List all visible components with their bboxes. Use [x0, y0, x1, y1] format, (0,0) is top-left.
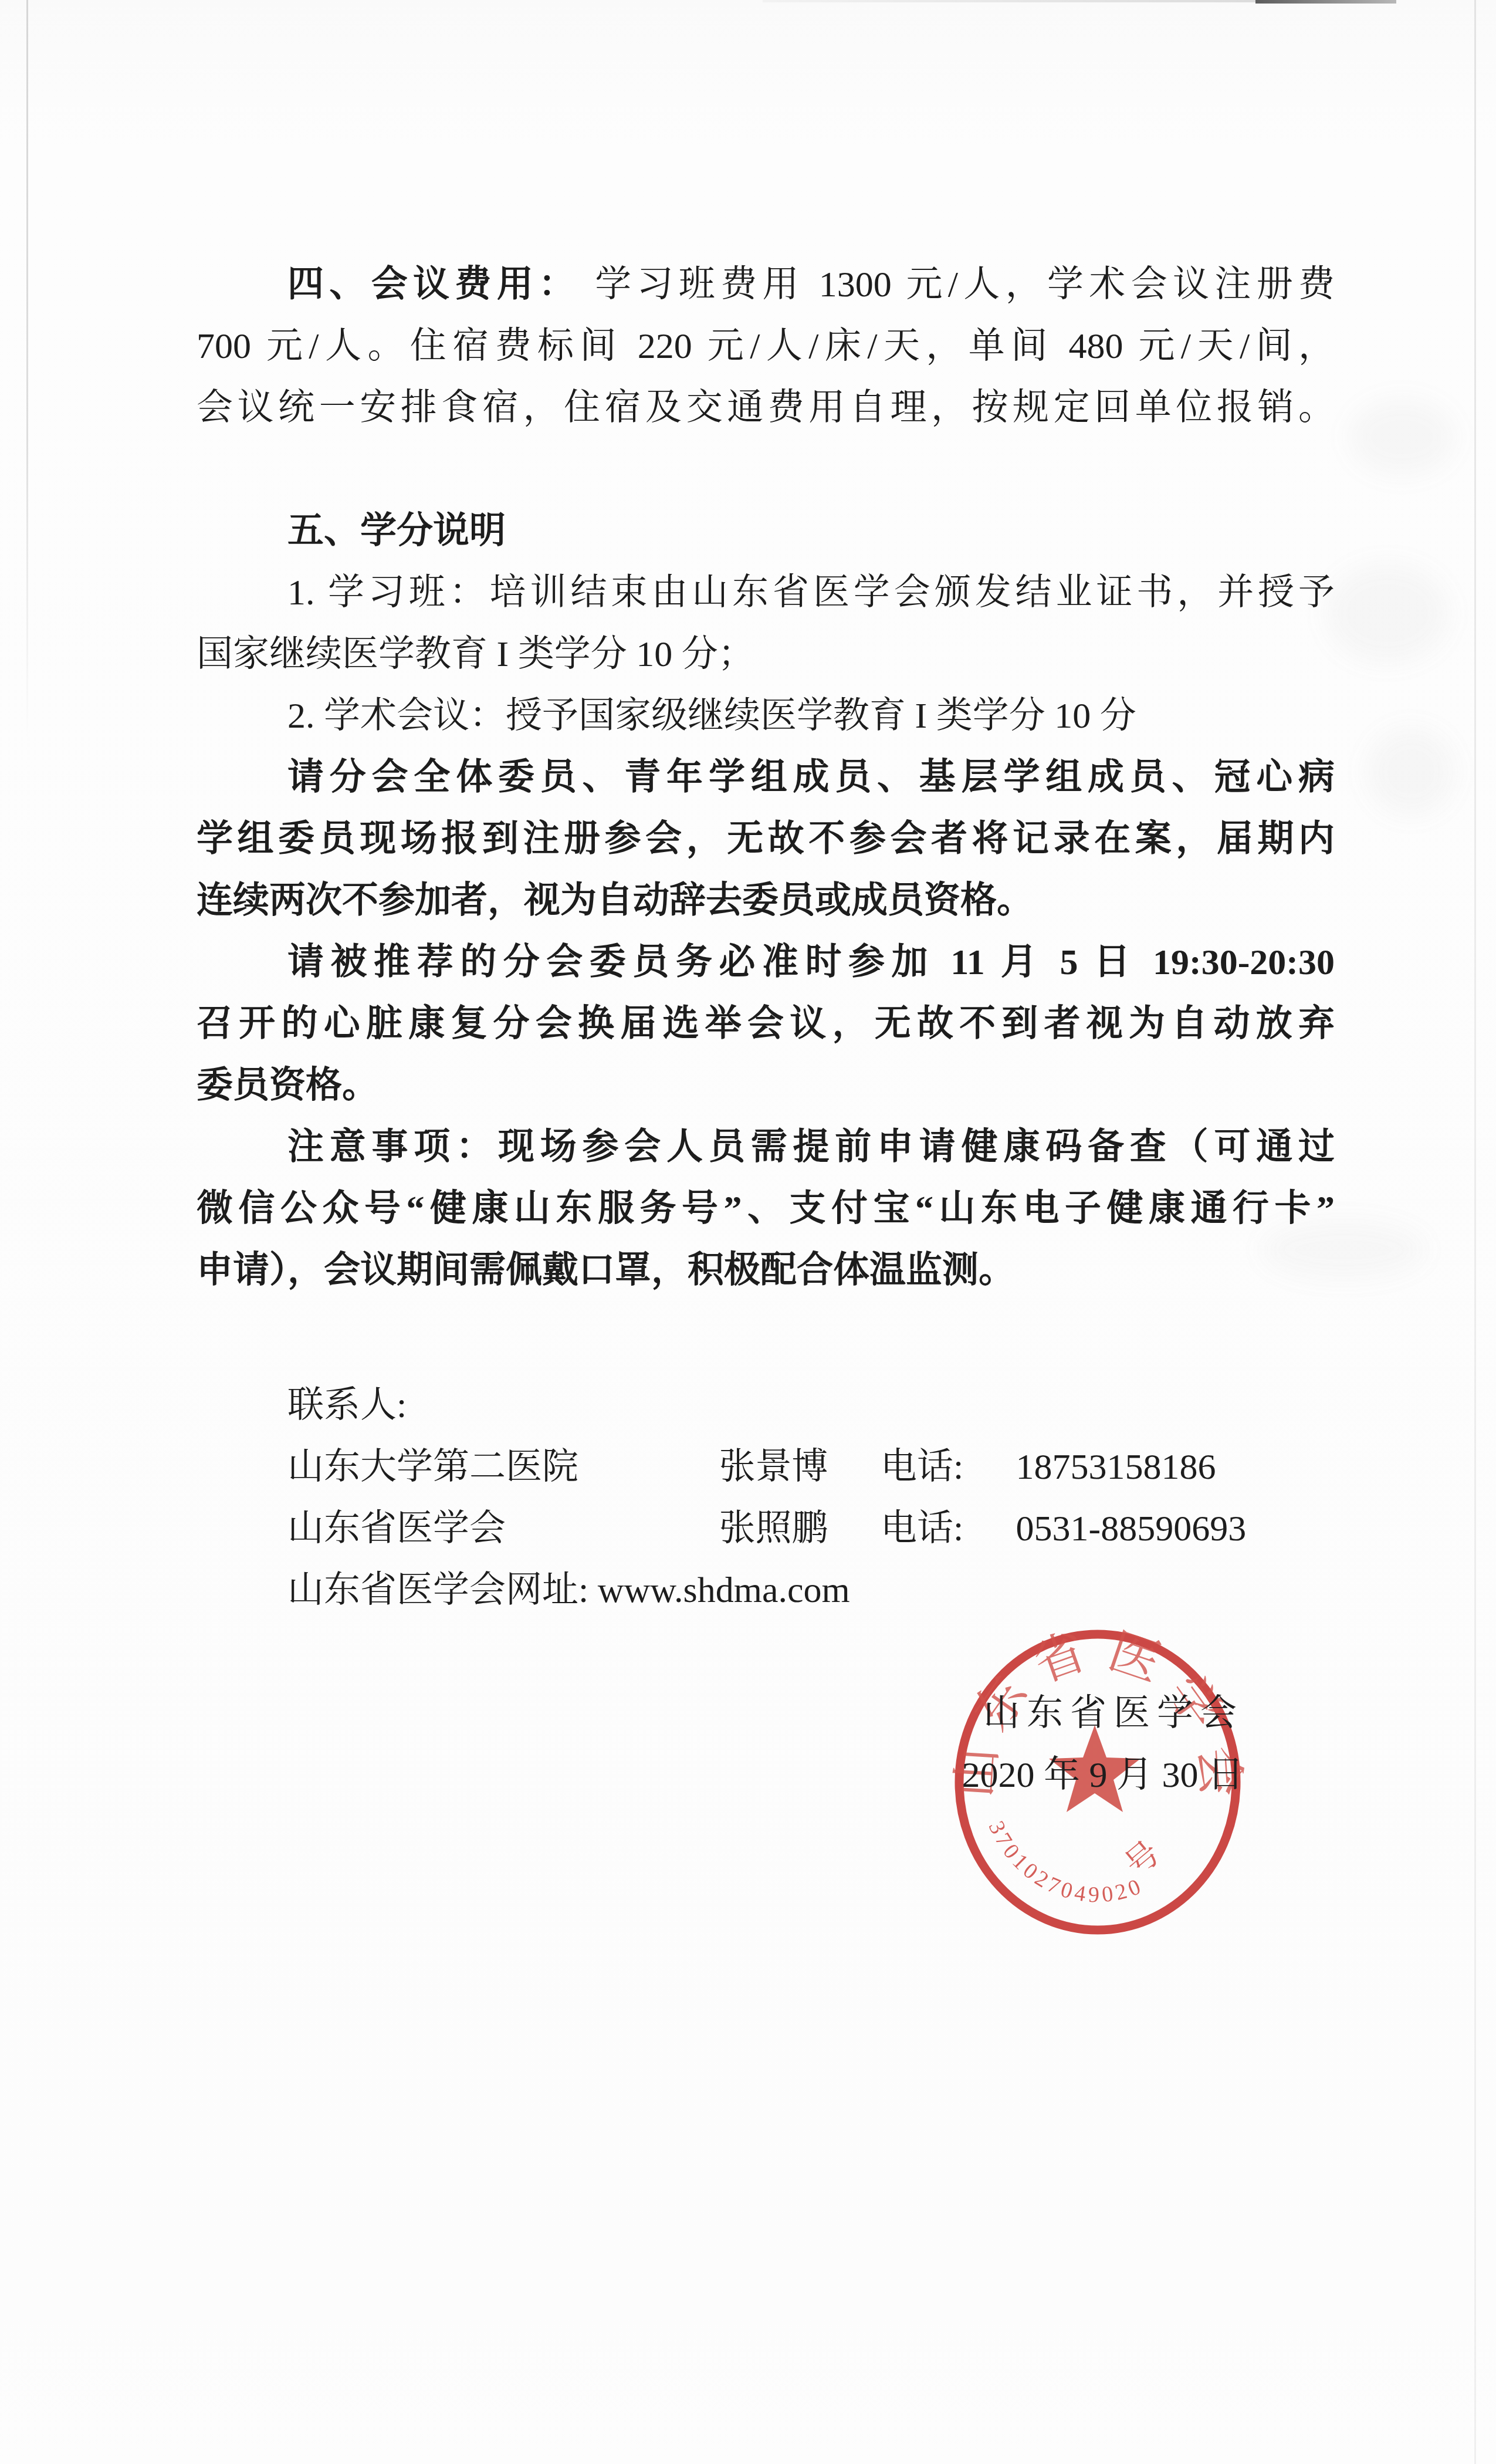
contact-phone-number: 18753158186	[1016, 1447, 1216, 1487]
contacts-block: 联系人: 山东大学第二医院 张景博 电话: 18753158186 山东省医学会…	[197, 1375, 1335, 1621]
scanned-document-page: { "sections": { "fees": { "label_bold": …	[0, 0, 1496, 2464]
contact-row: 山东大学第二医院 张景博 电话: 18753158186	[197, 1437, 1335, 1498]
notes-line1: 注意事项：现场参会人员需提前申请健康码备查（可通过	[197, 1117, 1335, 1178]
election-line3: 委员资格。	[197, 1055, 1335, 1117]
bleedthrough-smudge	[1326, 563, 1449, 663]
attendance-line1: 请分会全体委员、青年学组成员、基层学组成员、冠心病	[197, 747, 1335, 809]
scan-edge-line-left	[26, 0, 28, 739]
signature-date: 2020 年 9 月 30 日	[197, 1745, 1335, 1806]
contact-phone-label: 电话:	[881, 1437, 1007, 1498]
contact-phone-label: 电话:	[881, 1498, 1007, 1560]
contact-person: 张照鹏	[719, 1498, 872, 1560]
website-line: 山东省医学会网址: www.shdma.com	[197, 1560, 1335, 1621]
contacts-heading: 联系人:	[197, 1375, 1335, 1437]
election-line2: 召开的心脏康复分会换届选举会议，无故不到者视为自动放弃	[197, 993, 1335, 1055]
fees-paragraph-line1: 四、会议费用： 学习班费用 1300 元/人，学术会议注册费	[197, 254, 1335, 316]
document-body: 四、会议费用： 学习班费用 1300 元/人，学术会议注册费 700 元/人。住…	[197, 254, 1335, 1806]
notes-line3: 申请），会议期间需佩戴口罩，积极配合体温监测。	[197, 1240, 1335, 1302]
contact-row: 山东省医学会 张照鹏 电话: 0531-88590693	[197, 1498, 1335, 1560]
credits-item1-line1: 1. 学习班：培训结束由山东省医学会颁发结业证书，并授予	[197, 562, 1335, 624]
election-line1: 请被推荐的分会委员务必准时参加 11 月 5 日 19:30-20:30	[197, 932, 1335, 993]
contact-phone-number: 0531-88590693	[1016, 1509, 1247, 1549]
notes-line2: 微信公众号“健康山东服务号”、支付宝“山东电子健康通行卡”	[197, 1178, 1335, 1240]
bleedthrough-smudge	[1367, 728, 1455, 816]
fees-paragraph-line2: 700 元/人。住宿费标间 220 元/人/床/天，单间 480 元/天/间，	[197, 316, 1335, 377]
signature-org: 山东省医学会	[197, 1683, 1335, 1745]
contact-org: 山东大学第二医院	[287, 1437, 710, 1498]
website-label: 山东省医学会网址:	[287, 1570, 588, 1610]
blank-line	[197, 1621, 1335, 1683]
fees-label: 四、会议费用：	[287, 265, 580, 305]
blank-line	[197, 439, 1335, 501]
fees-line1-text: 学习班费用 1300 元/人，学术会议注册费	[595, 265, 1335, 305]
credits-heading: 五、学分说明	[197, 501, 1335, 562]
scan-edge-line-right	[1474, 0, 1476, 2464]
seal-suffix: 号	[1119, 1834, 1167, 1883]
scan-edge-top-mark	[1255, 0, 1396, 4]
scan-edge-top-band	[763, 0, 1255, 2]
fees-paragraph-line3: 会议统一安排食宿，住宿及交通费用自理，按规定回单位报销。	[197, 377, 1335, 439]
credits-item1-line2: 国家继续医学教育 I 类学分 10 分；	[197, 624, 1335, 685]
contact-org: 山东省医学会	[287, 1498, 710, 1560]
bleedthrough-smudge	[1349, 399, 1455, 475]
attendance-line3: 连续两次不参加者，视为自动辞去委员或成员资格。	[197, 870, 1335, 932]
credits-item2: 2. 学术会议：授予国家级继续医学教育 I 类学分 10 分	[197, 685, 1335, 747]
blank-line	[197, 1302, 1335, 1363]
attendance-line2: 学组委员现场报到注册参会，无故不参会者将记录在案，届期内	[197, 809, 1335, 870]
contact-person: 张景博	[719, 1437, 872, 1498]
website-url: www.shdma.com	[598, 1570, 850, 1610]
